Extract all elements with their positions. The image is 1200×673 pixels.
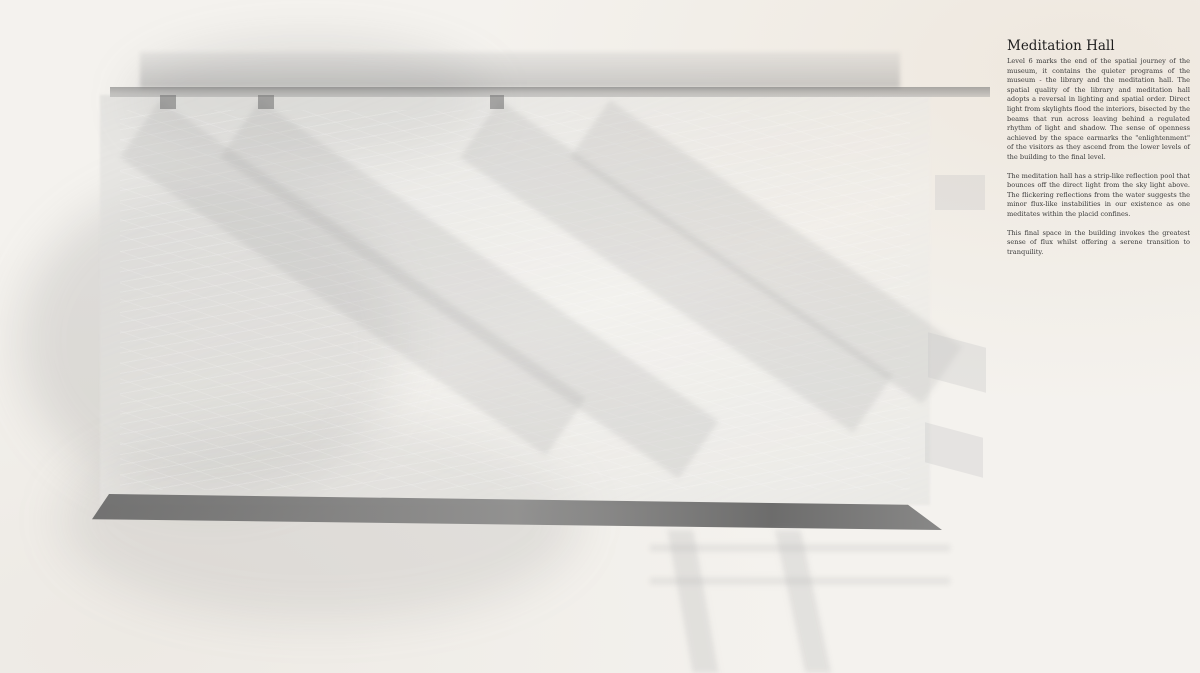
window-reveal [935,175,985,210]
beam-drop [160,95,176,109]
paragraph-intro: Level 6 marks the end of the spatial jou… [1007,57,1190,163]
paragraph-conclusion: This final space in the building invokes… [1007,229,1190,258]
window-shadow [775,530,831,673]
beam-drop [490,95,504,109]
description-panel: Meditation Hall Level 6 marks the end of… [1007,38,1190,266]
window-reveal [928,332,986,393]
roof-beam [110,87,990,97]
panel-title: Meditation Hall [1007,38,1190,54]
meditation-hall-render [0,0,1000,673]
paragraph-pool: The meditation hall has a strip-like ref… [1007,172,1190,220]
beam-drop [258,95,274,109]
window-reveal [925,422,983,478]
window-shadow [667,530,718,673]
roof-edge-band [140,52,900,88]
